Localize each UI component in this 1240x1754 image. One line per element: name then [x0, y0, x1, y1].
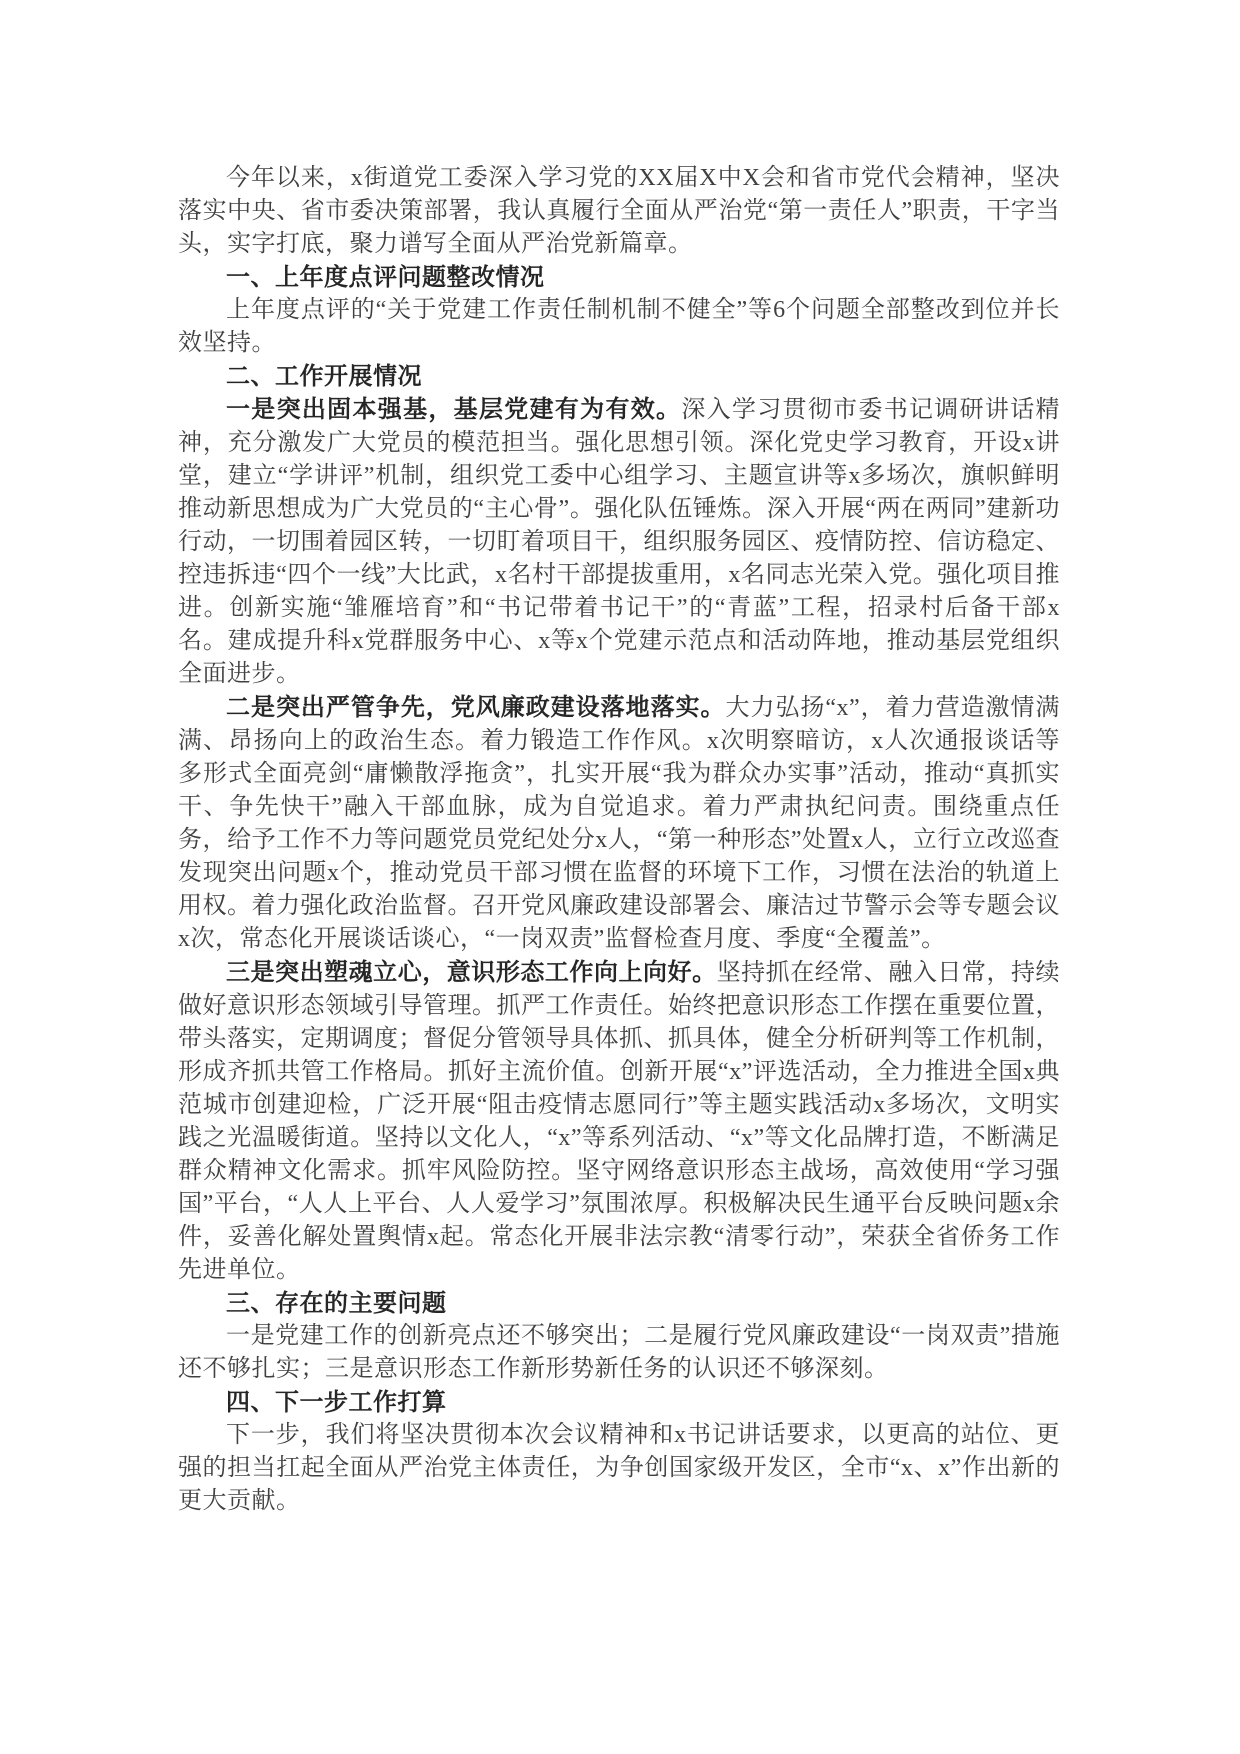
paragraph: 一是党建工作的创新亮点还不够突出；二是履行党风廉政建设“一岗双责”措施还不够扎实…: [178, 1320, 1060, 1386]
paragraph: 今年以来，x街道党工委深入学习党的XX届X中X会和省市党代会精神，坚决落实中央、…: [178, 162, 1060, 261]
section-heading: 四、下一步工作打算: [178, 1386, 1060, 1419]
paragraph-text: 深入学习贯彻市委书记调研讲话精神，充分激发广大党员的模范担当。强化思想引领。深化…: [178, 397, 1060, 687]
paragraph-text: 坚持抓在经常、融入日常，持续做好意识形态领域引导管理。抓严工作责任。始终把意识形…: [178, 960, 1060, 1283]
section-heading: 二、工作开展情况: [178, 360, 1060, 393]
paragraph: 下一步，我们将坚决贯彻本次会议精神和x书记讲话要求，以更高的站位、更强的担当扛起…: [178, 1419, 1060, 1518]
paragraph-text: 大力弘扬“x”，着力营造激情满满、昂扬向上的政治生态。着力锻造工作作风。x次明察…: [178, 695, 1060, 952]
paragraph: 上年度点评的“关于党建工作责任制机制不健全”等6个问题全部整改到位并长效坚持。: [178, 294, 1060, 360]
paragraph-lead: 二是突出严管争先，党风廉政建设落地落实。: [226, 694, 726, 721]
document-text-block: 今年以来，x街道党工委深入学习党的XX届X中X会和省市党代会精神，坚决落实中央、…: [178, 162, 1060, 1518]
paragraph-lead: 三是突出塑魂立心，意识形态工作向上向好。: [226, 959, 717, 986]
section-heading: 三、存在的主要问题: [178, 1287, 1060, 1320]
document-page: 今年以来，x街道党工委深入学习党的XX届X中X会和省市党代会精神，坚决落实中央、…: [0, 0, 1240, 1754]
paragraph: 三是突出塑魂立心，意识形态工作向上向好。坚持抓在经常、融入日常，持续做好意识形态…: [178, 956, 1060, 1287]
paragraph: 二是突出严管争先，党风廉政建设落地落实。大力弘扬“x”，着力营造激情满满、昂扬向…: [178, 691, 1060, 956]
paragraph-lead: 一是突出固本强基，基层党建有为有效。: [226, 396, 681, 423]
section-heading: 一、上年度点评问题整改情况: [178, 261, 1060, 294]
paragraph: 一是突出固本强基，基层党建有为有效。深入学习贯彻市委书记调研讲话精神，充分激发广…: [178, 393, 1060, 691]
